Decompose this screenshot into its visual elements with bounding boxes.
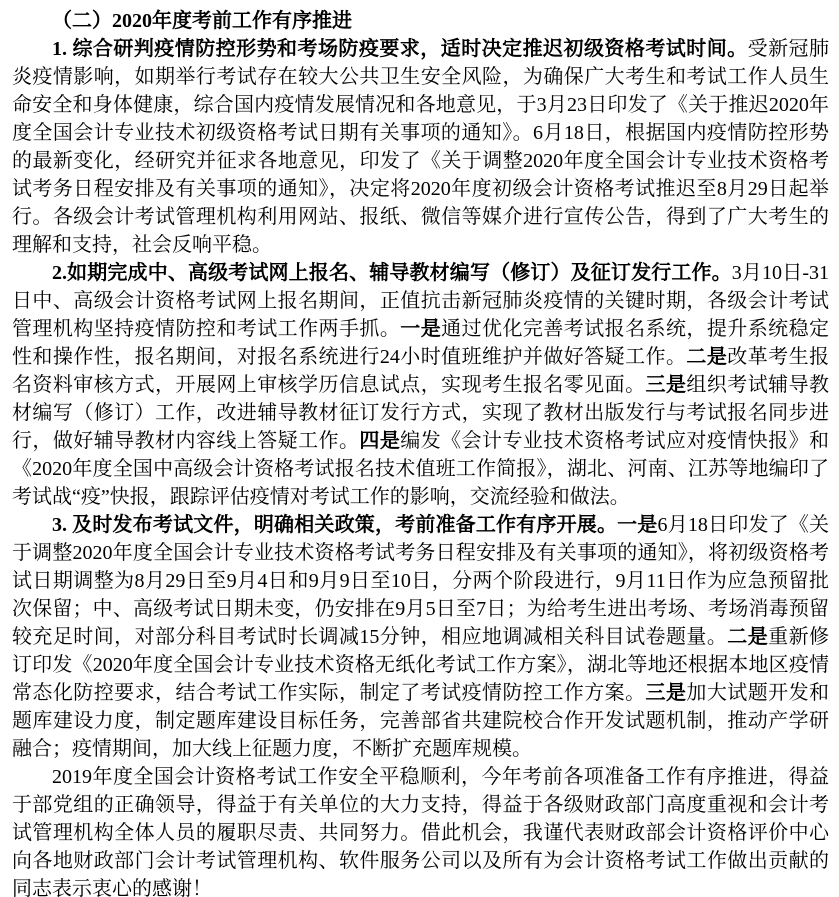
bold-text-run: 三是 [646, 682, 687, 704]
bold-text-run: 2.如期完成中、高级考试网上报名、辅导教材编写（修订）及征订发行工作。 [52, 262, 732, 284]
document-page: （二）2020年度考前工作有序推进 1. 综合研判疫情防控形势和考场防疫要求，适… [0, 0, 839, 897]
paragraph: 2.如期完成中、高级考试网上报名、辅导教材编写（修订）及征订发行工作。3月10日… [12, 259, 829, 511]
paragraph: 1. 综合研判疫情防控形势和考场防疫要求，适时决定推迟初级资格考试时间。受新冠肺… [12, 35, 829, 259]
section-heading: （二）2020年度考前工作有序推进 [12, 7, 829, 35]
bold-text-run: 二是 [727, 626, 768, 648]
bold-text-run: 3. 及时发布考试文件，明确相关政策，考前准备工作有序开展。 [52, 514, 617, 536]
bold-text-run: 一是 [617, 514, 657, 536]
text-run: 受新冠肺炎疫情影响，如期举行考试存在较大公共卫生安全风险，为确保广大考生和考试工… [12, 38, 829, 256]
text-run: 2019年度全国会计资格考试工作安全平稳顺利，今年考前各项准备工作有序推进，得益… [12, 766, 829, 897]
paragraph: 3. 及时发布考试文件，明确相关政策，考前准备工作有序开展。一是6月18日印发了… [12, 511, 829, 763]
document-body: 1. 综合研判疫情防控形势和考场防疫要求，适时决定推迟初级资格考试时间。受新冠肺… [12, 35, 829, 897]
bold-text-run: 一是 [400, 318, 441, 340]
bold-text-run: 四是 [359, 430, 400, 452]
bold-text-run: 1. 综合研判疫情防控形势和考场防疫要求，适时决定推迟初级资格考试时间。 [52, 38, 748, 60]
paragraph: 2019年度全国会计资格考试工作安全平稳顺利，今年考前各项准备工作有序推进，得益… [12, 763, 829, 897]
bold-text-run: 三是 [646, 374, 687, 396]
bold-text-run: 二是 [686, 346, 727, 368]
